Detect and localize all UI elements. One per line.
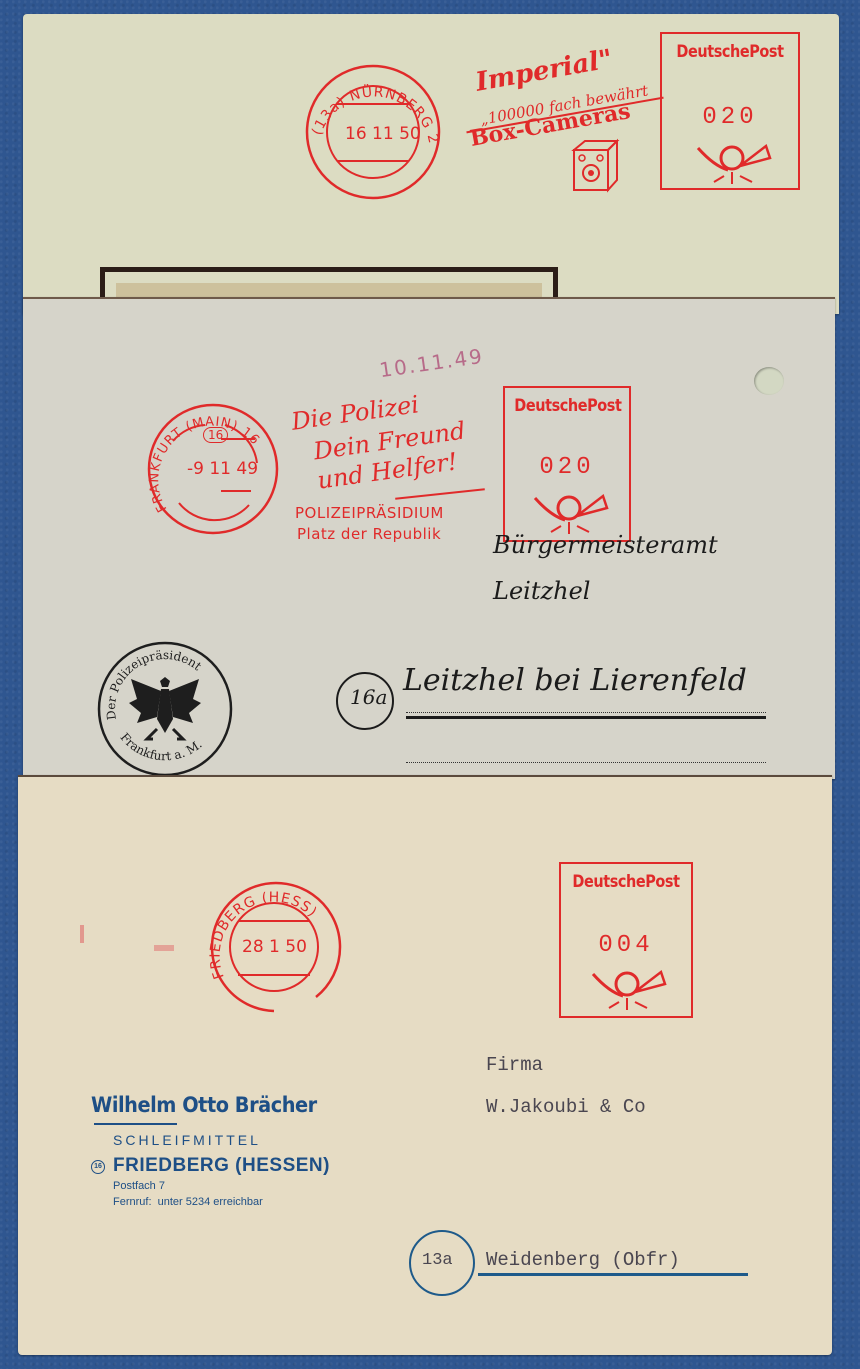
eagle-icon — [129, 677, 201, 739]
handwritten-destination: Leitzhel bei Lierenfeld — [403, 663, 747, 698]
zone-number: 16a — [350, 685, 387, 709]
postmark-district: 16 — [203, 427, 228, 443]
slogan-line4: POLIZEIPRÄSIDIUM — [295, 504, 444, 522]
envelope-nuernberg: (13a) NÜRNBERG 22 16 11 50 Imperial" „10… — [23, 14, 839, 314]
slogan-line5: Platz der Republik — [297, 525, 441, 543]
recipient-zone: 13a — [422, 1251, 453, 1270]
sender-trade: SCHLEIFMITTEL — [113, 1132, 261, 1148]
sender-name: Wilhelm Otto Brächer — [91, 1093, 317, 1117]
sender-city: FRIEDBERG (HESSEN) — [113, 1155, 330, 1177]
meter-label: DeutschePost — [571, 872, 682, 892]
meter-value: 020 — [505, 454, 629, 481]
meter-stamp: DeutschePost 004 — [559, 862, 693, 1018]
meter-label: DeutschePost — [514, 396, 619, 416]
svg-text:Frankfurt a. M.: Frankfurt a. M. — [117, 730, 204, 763]
post-horn-icon — [531, 492, 611, 536]
postmark-date: 16 11 50 — [345, 124, 421, 144]
postmark-date: 28 1 50 — [242, 937, 307, 957]
ink-smudge — [154, 945, 174, 951]
recipient-line2: W.Jakoubi & Co — [486, 1096, 646, 1118]
box-camera-icon — [571, 138, 621, 194]
address-underline — [478, 1273, 748, 1276]
meter-stamp: DeutschePost 020 — [503, 386, 631, 542]
post-horn-icon — [694, 142, 774, 186]
meter-label: DeutschePost — [672, 42, 788, 62]
meter-stamp: DeutschePost 020 — [660, 32, 800, 190]
recipient-city: Weidenberg (Obfr) — [486, 1249, 680, 1271]
police-seal: Der Polizeipräsident Frankfurt a. M. — [95, 639, 235, 779]
postmark-date: -9 11 49 — [187, 459, 258, 479]
sender-rule — [94, 1123, 177, 1125]
receipt-stamp: 10.11.49 — [378, 344, 485, 382]
handwritten-addressee: Bürgermeisteramt — [493, 531, 718, 559]
address-dotted-line — [406, 762, 766, 763]
sender-zone: 16 — [91, 1160, 105, 1174]
sender-phone: Fernruf: unter 5234 erreichbar — [113, 1196, 263, 1208]
meter-value: 004 — [561, 932, 691, 959]
envelope-frankfurt: 10.11.49 FRANKFURT (MAIN) 16 16 -9 11 49… — [23, 297, 835, 779]
punch-hole — [754, 367, 784, 395]
handwritten-town: Leitzhel — [493, 577, 590, 605]
post-horn-icon — [589, 968, 669, 1012]
ink-smudge — [80, 925, 84, 943]
meter-value: 020 — [662, 104, 798, 131]
sender-pobox: Postfach 7 — [113, 1180, 165, 1192]
svg-text:FRIEDBERG (HESS): FRIEDBERG (HESS) — [208, 890, 321, 981]
recipient-line1: Firma — [486, 1054, 543, 1076]
address-underline — [406, 716, 766, 719]
envelope-friedberg: FRIEDBERG (HESS) 28 1 50 DeutschePost 00… — [18, 775, 832, 1355]
slogan-underline — [395, 488, 485, 499]
address-dotted-line — [406, 712, 766, 713]
